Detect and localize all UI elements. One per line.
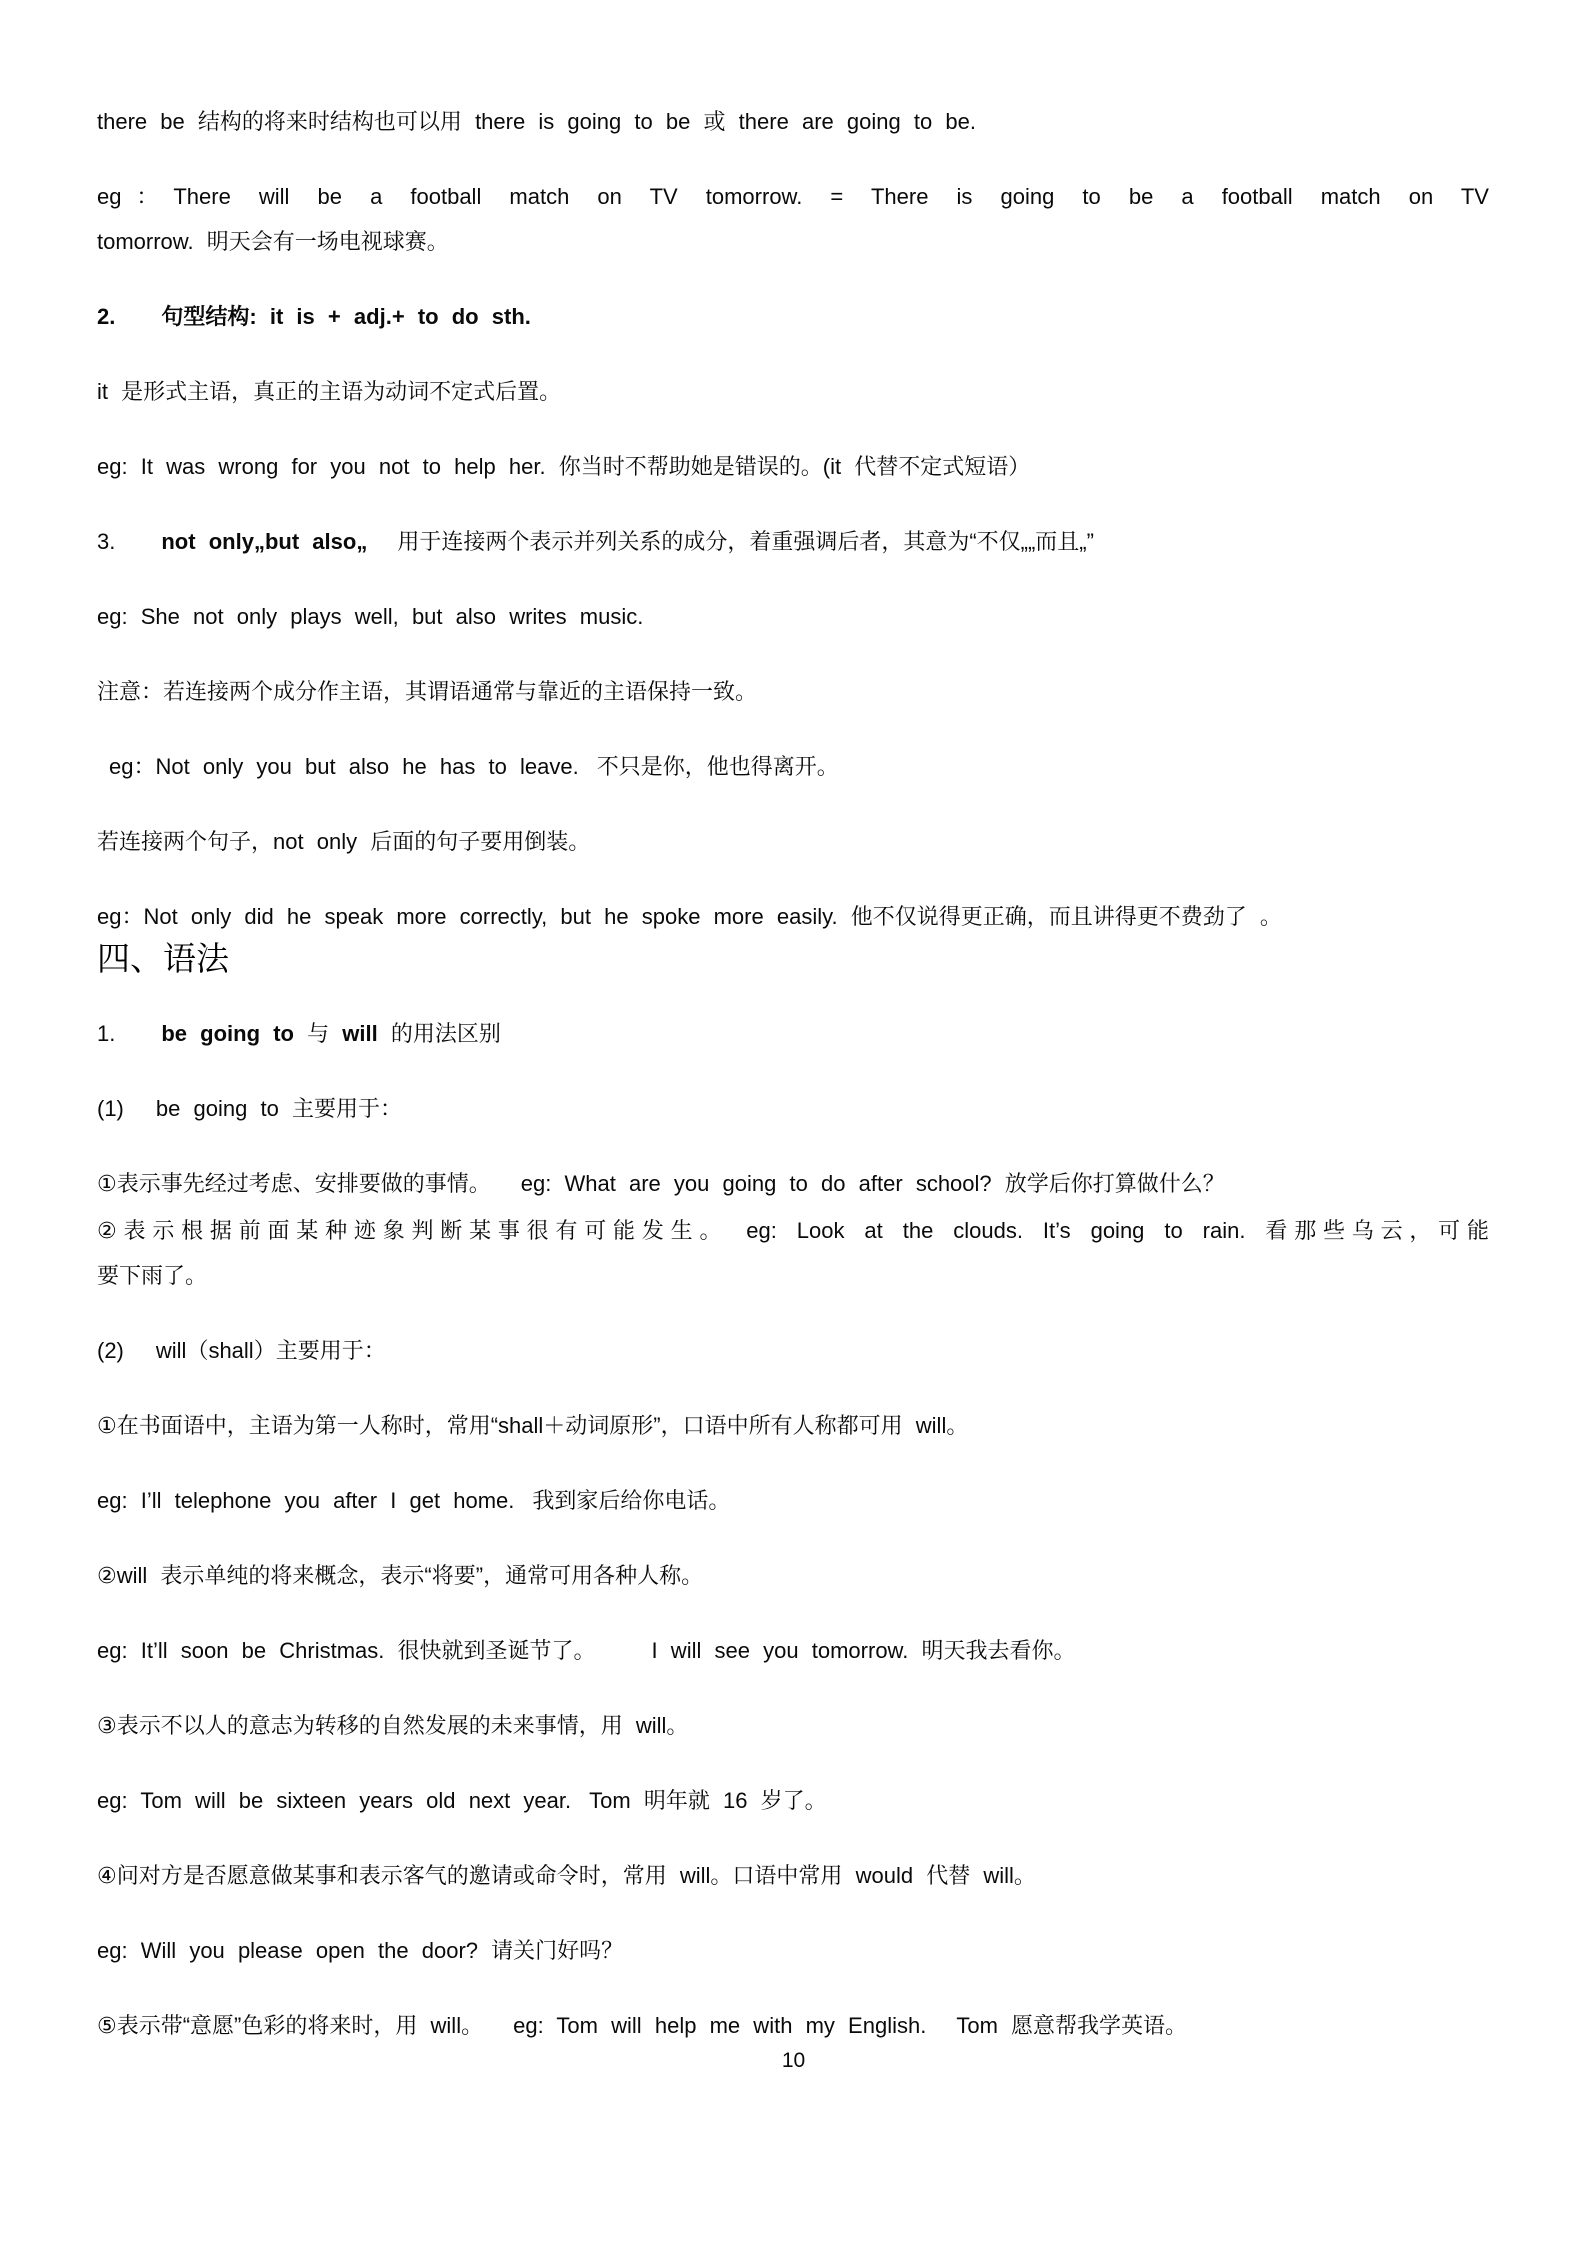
text-run: eg：Not only did he speak more correctly,… [97, 904, 1282, 929]
paragraph: there be 结构的将来时结构也可以用 there is going to … [97, 99, 1489, 144]
paragraph: 1.be going to 与 will 的用法区别 [97, 1011, 1489, 1056]
paragraph: ①在书面语中，主语为第一人称时，常用“shall＋动词原形”，口语中所有人称都可… [97, 1403, 1489, 1448]
page-number: 10 [0, 2048, 1587, 2074]
text-run-bold: be going to [161, 1021, 294, 1046]
paragraph: eg: I’ll telephone you after I get home.… [97, 1478, 1489, 1523]
spacer [579, 773, 597, 774]
text-run: tomorrow. 明天会有一场电视球赛。 [97, 229, 449, 254]
text-run-bold: not only„but also„ [161, 529, 367, 554]
text-run: there be 结构的将来时结构也可以用 there is going to … [97, 109, 976, 134]
text-run: ②will 表示单纯的将来概念，表示“将要”，通常可用各种人称。 [97, 1563, 703, 1588]
paragraph: ②will 表示单纯的将来概念，表示“将要”，通常可用各种人称。 [97, 1553, 1489, 1598]
spacer [571, 1807, 589, 1808]
text-run: Tom 愿意帮我学英语。 [956, 2013, 1187, 2038]
text-run: eg: It’ll soon be Christmas. 很快就到圣诞节了。 [97, 1638, 596, 1663]
text-run-bold: 句型结构: it is + adj.+ to do sth. [161, 304, 531, 329]
paragraph: it 是形式主语，真正的主语为动词不定式后置。 [97, 369, 1489, 414]
text-run: eg: Will you please open the door? 请关门好吗… [97, 1938, 623, 1963]
text-run: eg: Tom will help me with my English. [513, 2013, 926, 2038]
text-run: 的用法区别 [378, 1021, 501, 1046]
text-run: 与 [294, 1021, 342, 1046]
paragraph: eg：Not only you but also he has to leave… [97, 744, 1489, 789]
paragraph: eg: It was wrong for you not to help her… [97, 444, 1489, 489]
paragraph: (2)will（shall）主要用于： [97, 1328, 1489, 1373]
paragraph: ④问对方是否愿意做某事和表示客气的邀请或命令时，常用 will。口语中常用 wo… [97, 1853, 1489, 1898]
text-run: it 是形式主语，真正的主语为动词不定式后置。 [97, 379, 561, 404]
paragraph: eg: Will you please open the door? 请关门好吗… [97, 1928, 1489, 1973]
paragraph: (1)be going to 主要用于： [97, 1086, 1489, 1131]
text-run: 我到家后给你电话。 [532, 1488, 730, 1513]
text-run: (2) [97, 1338, 124, 1363]
spacer [367, 548, 397, 549]
text-run: ④问对方是否愿意做某事和表示客气的邀请或命令时，常用 will。口语中常用 wo… [97, 1863, 1036, 1888]
text-run: 四、语法 [97, 940, 229, 977]
text-run: eg: She not only plays well, but also wr… [97, 604, 643, 629]
spacer [514, 1507, 532, 1508]
text-run: ①在书面语中，主语为第一人称时，常用“shall＋动词原形”，口语中所有人称都可… [97, 1413, 968, 1438]
paragraph: 若连接两个句子，not only 后面的句子要用倒装。 [97, 819, 1489, 864]
spacer [926, 2032, 956, 2033]
text-run: ⑤表示带“意愿”色彩的将来时，用 will。 [97, 2013, 483, 2038]
paragraph: eg: She not only plays well, but also wr… [97, 594, 1489, 639]
spacer [728, 1237, 746, 1238]
text-run: Tom 明年就 16 岁了。 [589, 1788, 827, 1813]
spacer [124, 1357, 156, 1358]
text-run: eg: It was wrong for you not to help her… [97, 454, 1030, 479]
text-run: be going to 主要用于： [156, 1096, 402, 1121]
paragraph: 注意：若连接两个成分作主语，其谓语通常与靠近的主语保持一致。 [97, 669, 1489, 714]
text-run: 用于连接两个表示并列关系的成分，着重强调后者，其意为“不仅„„而且„” [397, 529, 1094, 554]
spacer [596, 1657, 652, 1658]
paragraph: ①表示事先经过考虑、安排要做的事情。eg: What are you going… [97, 1161, 1489, 1206]
paragraph: 2.句型结构: it is + adj.+ to do sth. [97, 294, 1489, 339]
text-run: ③表示不以人的意志为转移的自然发展的未来事情，用 will。 [97, 1713, 688, 1738]
text-run: 要下雨了。 [97, 1263, 207, 1288]
spacer [124, 1115, 156, 1116]
paragraph: tomorrow. 明天会有一场电视球赛。 [97, 219, 1489, 264]
text-run: 注意：若连接两个成分作主语，其谓语通常与靠近的主语保持一致。 [97, 679, 757, 704]
spacer [483, 2032, 513, 2033]
paragraph: eg：Not only did he speak more correctly,… [97, 894, 1489, 939]
paragraph: 3.not only„but also„用于连接两个表示并列关系的成分，着重强调… [97, 519, 1489, 564]
spacer [115, 1040, 161, 1041]
spacer [115, 323, 161, 324]
text-run: ①表示事先经过考虑、安排要做的事情。 [97, 1171, 491, 1196]
document-page: there be 结构的将来时结构也可以用 there is going to … [0, 0, 1587, 2245]
text-run: (1) [97, 1096, 124, 1121]
text-run: ②表示根据前面某种迹象判断某事很有可能发生。 [97, 1218, 728, 1243]
text-run: will（shall）主要用于： [156, 1338, 386, 1363]
text-run: 3. [97, 529, 115, 554]
spacer [491, 1190, 521, 1191]
document-body: there be 结构的将来时结构也可以用 there is going to … [97, 99, 1489, 2048]
paragraph: eg: Tom will be sixteen years old next y… [97, 1778, 1489, 1823]
paragraph: 要下雨了。 [97, 1253, 1489, 1298]
paragraph: ②表示根据前面某种迹象判断某事很有可能发生。eg: Look at the cl… [97, 1208, 1489, 1253]
paragraph: eg: It’ll soon be Christmas. 很快就到圣诞节了。I … [97, 1628, 1489, 1673]
text-run: 若连接两个句子，not only 后面的句子要用倒装。 [97, 829, 590, 854]
paragraph: eg：There will be a football match on TV … [97, 174, 1489, 219]
paragraph: ③表示不以人的意志为转移的自然发展的未来事情，用 will。 [97, 1703, 1489, 1748]
text-run: 1. [97, 1021, 115, 1046]
text-run-bold: 2. [97, 304, 115, 329]
text-run-bold: will [342, 1021, 377, 1046]
paragraph: ⑤表示带“意愿”色彩的将来时，用 will。eg: Tom will help … [97, 2003, 1489, 2048]
text-run: eg：There will be a football match on TV … [97, 184, 1489, 209]
text-run: eg：Not only you but also he has to leave… [109, 754, 579, 779]
text-run: eg: Look at the clouds. It’s going to ra… [746, 1218, 1489, 1243]
text-run: eg: I’ll telephone you after I get home. [97, 1488, 514, 1513]
text-run: eg: Tom will be sixteen years old next y… [97, 1788, 571, 1813]
text-run: I will see you tomorrow. 明天我去看你。 [652, 1638, 1076, 1663]
text-run: eg: What are you going to do after schoo… [521, 1171, 1225, 1196]
text-run: 不只是你，他也得离开。 [597, 754, 839, 779]
section-heading: 四、语法 [97, 933, 1489, 985]
spacer [115, 548, 161, 549]
